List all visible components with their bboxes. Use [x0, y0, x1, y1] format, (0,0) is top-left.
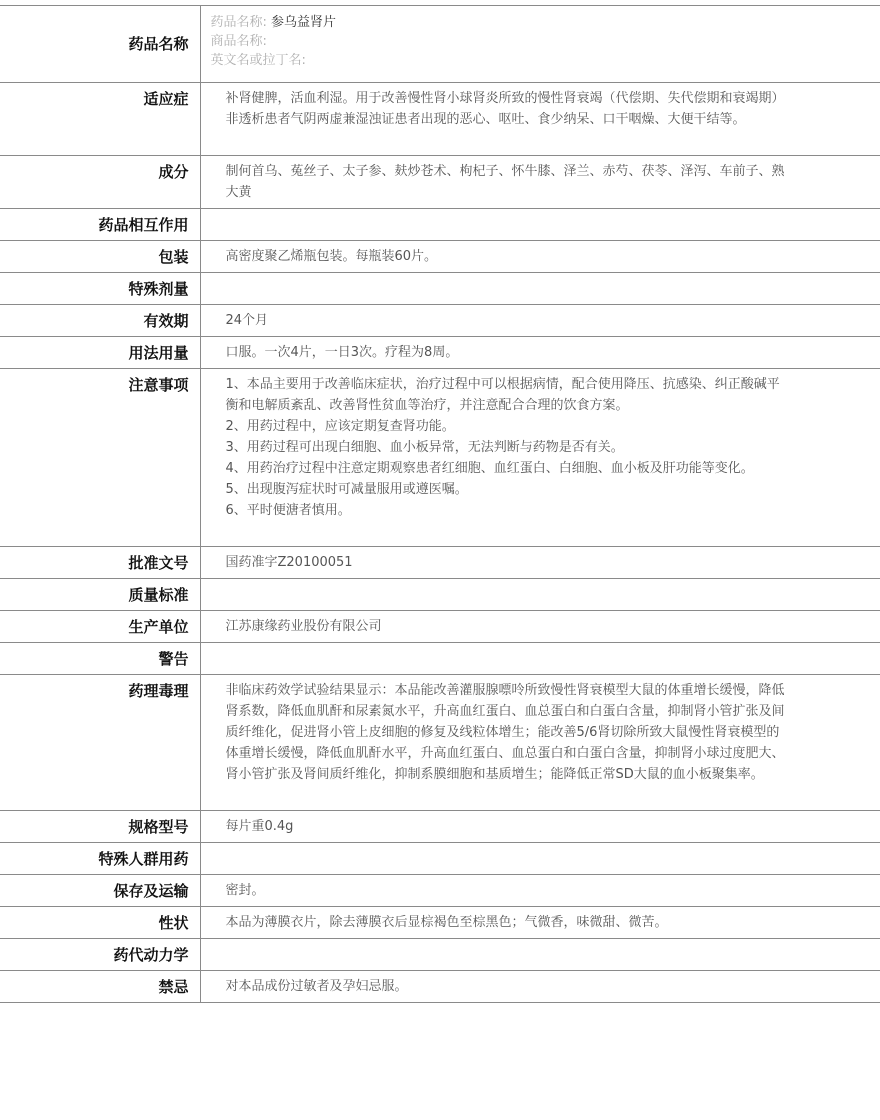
value-manufacturer: 江苏康缘药业股份有限公司 — [200, 611, 880, 643]
row-shelf-life: 有效期 24个月 — [0, 305, 880, 337]
label-special-populations: 特殊人群用药 — [0, 843, 200, 875]
label-special-dosage: 特殊剂量 — [0, 273, 200, 305]
row-special-populations: 特殊人群用药 — [0, 843, 880, 875]
english-name-label: 英文名或拉丁名: — [211, 51, 871, 70]
label-shelf-life: 有效期 — [0, 305, 200, 337]
label-drug-name: 药品名称 — [0, 6, 200, 83]
row-appearance: 性状 本品为薄膜衣片，除去薄膜衣后显棕褐色至棕黑色；气微香，味微甜、微苦。 — [0, 907, 880, 939]
row-indications: 适应症 补肾健脾，活血利湿。用于改善慢性肾小球肾炎所致的慢性肾衰竭（代偿期、失代… — [0, 83, 880, 156]
precaution-item: 6、平时便溏者慎用。 — [226, 500, 786, 521]
label-contraindications: 禁忌 — [0, 971, 200, 1003]
generic-name-label: 药品名称: — [211, 15, 267, 30]
label-quality-standard: 质量标准 — [0, 579, 200, 611]
value-drug-name: 药品名称: 参乌益肾片 商品名称: 英文名或拉丁名: — [200, 6, 880, 83]
value-interactions — [200, 209, 880, 241]
generic-name-value: 参乌益肾片 — [271, 15, 336, 30]
precaution-item: 2、用药过程中，应该定期复查肾功能。 — [226, 416, 786, 437]
row-precautions: 注意事项 1、本品主要用于改善临床症状，治疗过程中可以根据病情，配合使用降压、抗… — [0, 369, 880, 547]
label-ingredients: 成分 — [0, 156, 200, 209]
value-special-populations — [200, 843, 880, 875]
row-contraindications: 禁忌 对本品成份过敏者及孕妇忌服。 — [0, 971, 880, 1003]
value-approval-number: 国药准字Z20100051 — [200, 547, 880, 579]
label-interactions: 药品相互作用 — [0, 209, 200, 241]
value-pharmacology: 非临床药效学试验结果显示：本品能改善灌服腺嘌呤所致慢性肾衰模型大鼠的体重增长缓慢… — [200, 675, 880, 811]
row-specification: 规格型号 每片重0.4g — [0, 811, 880, 843]
precaution-item: 4、用药治疗过程中注意定期观察患者红细胞、血红蛋白、白细胞、血小板及肝功能等变化… — [226, 458, 786, 479]
value-specification: 每片重0.4g — [200, 811, 880, 843]
value-dosage: 口服。一次4片，一日3次。疗程为8周。 — [200, 337, 880, 369]
row-interactions: 药品相互作用 — [0, 209, 880, 241]
label-approval-number: 批准文号 — [0, 547, 200, 579]
row-warning: 警告 — [0, 643, 880, 675]
row-approval-number: 批准文号 国药准字Z20100051 — [0, 547, 880, 579]
row-special-dosage: 特殊剂量 — [0, 273, 880, 305]
label-specification: 规格型号 — [0, 811, 200, 843]
label-appearance: 性状 — [0, 907, 200, 939]
value-contraindications: 对本品成份过敏者及孕妇忌服。 — [200, 971, 880, 1003]
trade-name-label: 商品名称: — [211, 32, 871, 51]
row-pharmacokinetics: 药代动力学 — [0, 939, 880, 971]
row-storage: 保存及运输 密封。 — [0, 875, 880, 907]
value-ingredients: 制何首乌、菟丝子、太子参、麸炒苍术、枸杞子、怀牛膝、泽兰、赤芍、茯苓、泽泻、车前… — [200, 156, 880, 209]
row-drug-name: 药品名称 药品名称: 参乌益肾片 商品名称: 英文名或拉丁名: — [0, 6, 880, 83]
row-ingredients: 成分 制何首乌、菟丝子、太子参、麸炒苍术、枸杞子、怀牛膝、泽兰、赤芍、茯苓、泽泻… — [0, 156, 880, 209]
precaution-item: 3、用药过程可出现白细胞、血小板异常，无法判断与药物是否有关。 — [226, 437, 786, 458]
label-storage: 保存及运输 — [0, 875, 200, 907]
label-precautions: 注意事项 — [0, 369, 200, 547]
label-dosage: 用法用量 — [0, 337, 200, 369]
row-quality-standard: 质量标准 — [0, 579, 880, 611]
precaution-item: 5、出现腹泻症状时可减量服用或遵医嘱。 — [226, 479, 786, 500]
precaution-item: 1、本品主要用于改善临床症状，治疗过程中可以根据病情，配合使用降压、抗感染、纠正… — [226, 374, 786, 416]
value-special-dosage — [200, 273, 880, 305]
value-indications: 补肾健脾，活血利湿。用于改善慢性肾小球肾炎所致的慢性肾衰竭（代偿期、失代偿期和衰… — [200, 83, 880, 156]
row-dosage: 用法用量 口服。一次4片，一日3次。疗程为8周。 — [0, 337, 880, 369]
value-warning — [200, 643, 880, 675]
value-quality-standard — [200, 579, 880, 611]
value-storage: 密封。 — [200, 875, 880, 907]
value-pharmacokinetics — [200, 939, 880, 971]
value-packaging: 高密度聚乙烯瓶包装。每瓶装60片。 — [200, 241, 880, 273]
label-warning: 警告 — [0, 643, 200, 675]
value-shelf-life: 24个月 — [200, 305, 880, 337]
value-precautions: 1、本品主要用于改善临床症状，治疗过程中可以根据病情，配合使用降压、抗感染、纠正… — [200, 369, 880, 547]
drug-spec-table: 药品名称 药品名称: 参乌益肾片 商品名称: 英文名或拉丁名: 适应症 补肾健脾… — [0, 5, 880, 1003]
row-packaging: 包装 高密度聚乙烯瓶包装。每瓶装60片。 — [0, 241, 880, 273]
row-manufacturer: 生产单位 江苏康缘药业股份有限公司 — [0, 611, 880, 643]
label-pharmacology: 药理毒理 — [0, 675, 200, 811]
row-pharmacology: 药理毒理 非临床药效学试验结果显示：本品能改善灌服腺嘌呤所致慢性肾衰模型大鼠的体… — [0, 675, 880, 811]
label-packaging: 包装 — [0, 241, 200, 273]
label-indications: 适应症 — [0, 83, 200, 156]
label-manufacturer: 生产单位 — [0, 611, 200, 643]
label-pharmacokinetics: 药代动力学 — [0, 939, 200, 971]
value-appearance: 本品为薄膜衣片，除去薄膜衣后显棕褐色至棕黑色；气微香，味微甜、微苦。 — [200, 907, 880, 939]
